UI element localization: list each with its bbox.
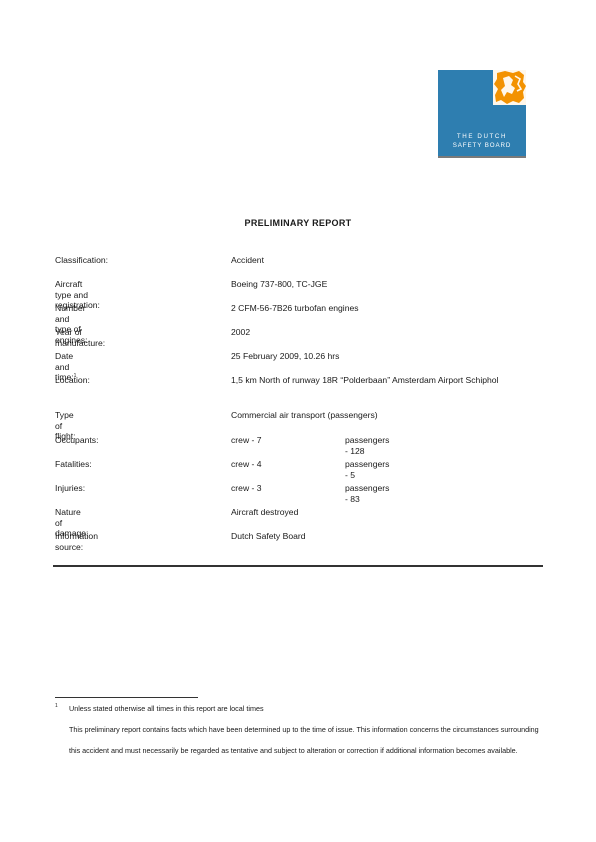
disclaimer-text: This preliminary report contains facts w… (69, 720, 549, 761)
dutch-safety-board-logo: THE DUTCH SAFETY BOARD (438, 70, 526, 156)
row-value: 2 CFM-56-7B26 turbofan engines (231, 303, 531, 314)
logo-text-line1: THE DUTCH (438, 133, 526, 140)
footnote-text: Unless stated otherwise all times in thi… (69, 703, 264, 714)
footnote-number: 1 (55, 701, 58, 712)
logo-text-line2: SAFETY BOARD (438, 142, 526, 149)
row-value-secondary: passengers - 5 (345, 459, 389, 480)
row-label: Injuries: (55, 483, 85, 494)
row-label: Year of manufacture: (55, 327, 105, 348)
row-value: 25 February 2009, 10.26 hrs (231, 351, 531, 362)
lion-emblem-icon (493, 70, 526, 105)
row-label: Information source: (55, 531, 98, 552)
row-label: Location: (55, 375, 90, 386)
row-value-secondary: passengers - 83 (345, 483, 389, 504)
row-value: 1,5 km North of runway 18R “Polderbaan” … (231, 375, 521, 386)
row-label: Occupants: (55, 435, 98, 446)
row-value: Boeing 737-800, TC-JGE (231, 279, 531, 290)
row-value: Commercial air transport (passengers) (231, 410, 531, 421)
row-value: 2002 (231, 327, 531, 338)
row-label: Fatalities: (55, 459, 92, 470)
section-divider (53, 565, 543, 567)
row-value: Dutch Safety Board (231, 531, 531, 542)
report-title: PRELIMINARY REPORT (0, 218, 596, 228)
row-value: Accident (231, 255, 531, 266)
row-value-secondary: passengers - 128 (345, 435, 389, 456)
row-label: Classification: (55, 255, 108, 266)
row-value: Aircraft destroyed (231, 507, 531, 518)
logo-baseline (438, 156, 526, 158)
footnote-rule (55, 697, 198, 698)
